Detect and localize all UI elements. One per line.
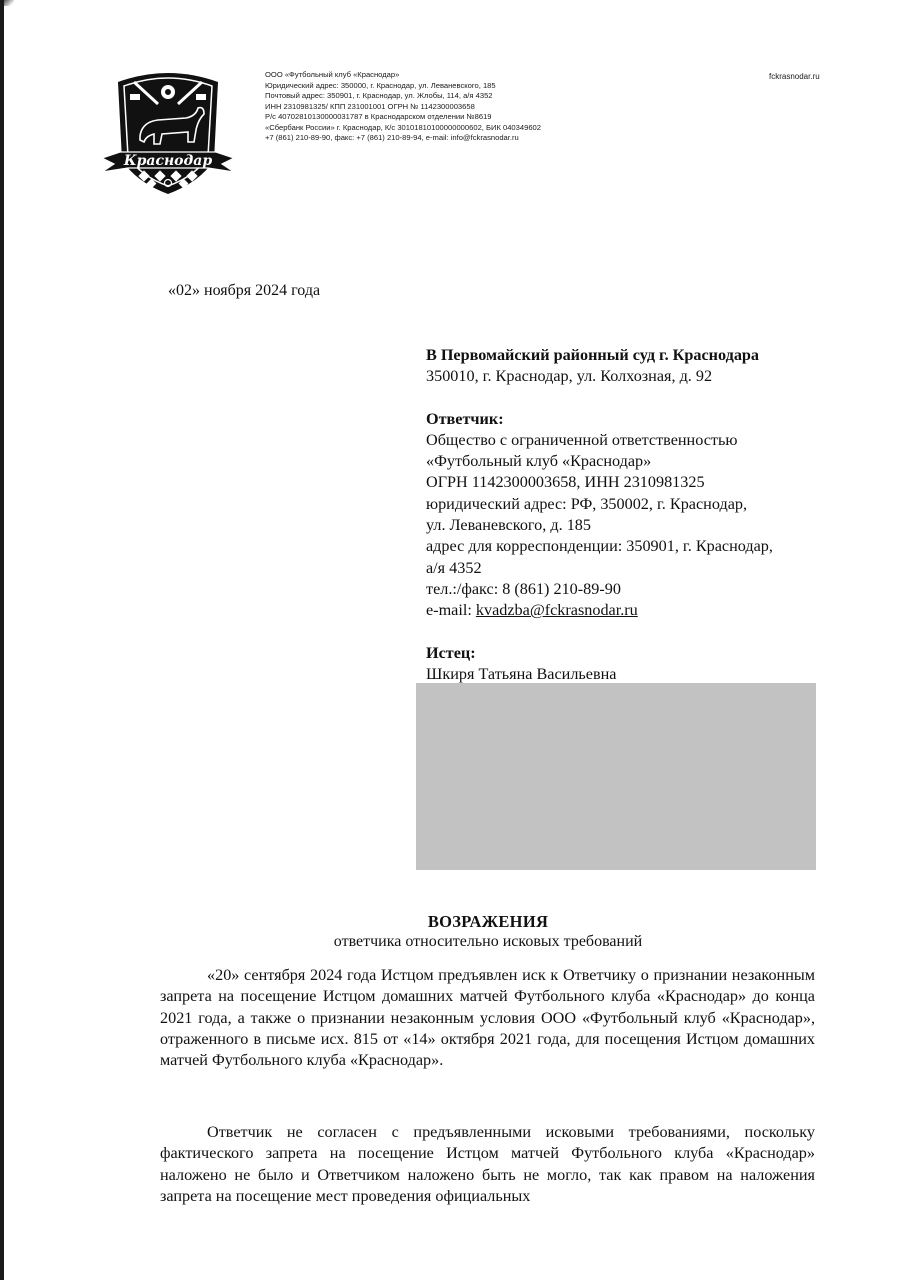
svg-text:Краснодар: Краснодар — [123, 153, 212, 169]
postal-address-line: Почтовый адрес: 350901, г. Краснодар, ул… — [265, 91, 541, 102]
defendant-line: ОГРН 1142300003658, ИНН 2310981325 — [426, 472, 826, 493]
document-title: ВОЗРАЖЕНИЯ — [0, 912, 904, 932]
defendant-line: Общество с ограниченной ответственностью — [426, 430, 826, 451]
addressee-block: В Первомайский районный суд г. Краснодар… — [426, 345, 826, 685]
tax-ids-line: ИНН 2310981325/ КПП 231001001 ОГРН № 114… — [265, 102, 541, 113]
company-name-line: ООО «Футбольный клуб «Краснодар» — [265, 70, 541, 81]
website-url: fckrasnodar.ru — [769, 72, 820, 81]
defendant-line: тел.:/факс: 8 (861) 210-89-90 — [426, 579, 826, 600]
defendant-line: а/я 4352 — [426, 558, 826, 579]
defendant-line: юридический адрес: РФ, 350002, г. Красно… — [426, 494, 826, 515]
plaintiff-name: Шкиря Татьяна Васильевна — [426, 664, 826, 685]
redacted-block — [416, 683, 816, 870]
club-crest-logo: Краснодар — [100, 64, 236, 196]
bank-details-line: «Сбербанк России» г. Краснодар, К/с 3010… — [265, 123, 541, 134]
defendant-heading: Ответчик: — [426, 409, 826, 430]
document-subtitle: ответчика относительно исковых требовани… — [0, 933, 904, 951]
company-requisites: ООО «Футбольный клуб «Краснодар» Юридиче… — [265, 70, 541, 144]
spacer — [426, 622, 826, 643]
scan-edge-artifact — [0, 0, 4, 1280]
defendant-line: ул. Леваневского, д. 185 — [426, 515, 826, 536]
body-paragraph-2: Ответчик не согласен с предъявленными ис… — [160, 1122, 815, 1207]
scan-corner-artifact — [4, 0, 14, 6]
fc-krasnodar-crest-icon: Краснодар — [100, 64, 236, 196]
document-date: «02» ноября 2024 года — [168, 281, 320, 301]
plaintiff-heading: Истец: — [426, 643, 826, 664]
defendant-email-link[interactable]: kvadzba@fckrasnodar.ru — [476, 601, 638, 619]
court-address: 350010, г. Краснодар, ул. Колхозная, д. … — [426, 366, 826, 387]
spacer — [426, 388, 826, 409]
body-paragraph-1: «20» сентября 2024 года Истцом предъявле… — [160, 965, 815, 1071]
legal-address-line: Юридический адрес: 350000, г. Краснодар,… — [265, 81, 541, 92]
court-name: В Первомайский районный суд г. Краснодар… — [426, 345, 826, 366]
defendant-email-line: e-mail: kvadzba@fckrasnodar.ru — [426, 600, 826, 621]
defendant-line: адрес для корреспонденции: 350901, г. Кр… — [426, 536, 826, 557]
defendant-line: «Футбольный клуб «Краснодар» — [426, 451, 826, 472]
bank-account-line: Р/с 40702810130000031787 в Краснодарском… — [265, 112, 541, 123]
email-label: e-mail: — [426, 601, 476, 619]
contacts-line: +7 (861) 210-89-90, факс: +7 (861) 210-8… — [265, 133, 541, 144]
